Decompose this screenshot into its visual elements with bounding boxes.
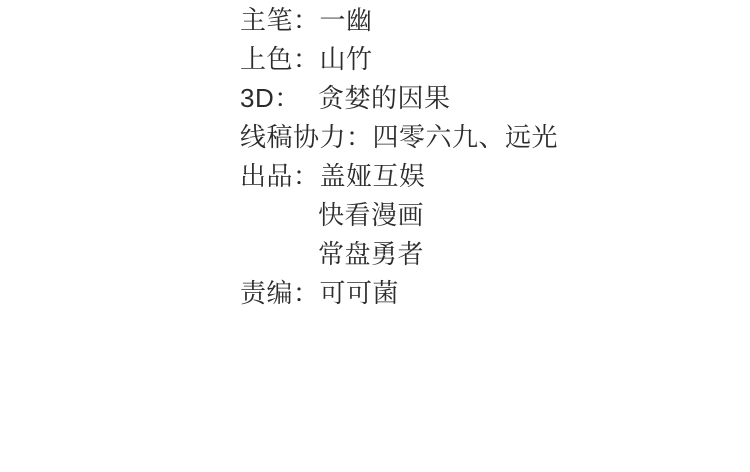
credit-name: 一幽 <box>320 1 373 40</box>
credit-name: 盖娅互娱 <box>320 157 426 196</box>
credit-role-label: 主笔： <box>240 1 320 40</box>
credit-row-producer-1: 出品：盖娅互娱 <box>240 157 558 196</box>
credit-role-label: 上色： <box>240 40 320 79</box>
credit-row-lineart-assist: 线稿协力：四零六九、远光 <box>240 118 558 157</box>
credit-role-label <box>240 235 318 274</box>
credit-row-3d: 3D：贪婪的因果 <box>240 79 558 118</box>
credit-role-label: 责编： <box>240 274 320 313</box>
credit-role-label: 3D： <box>240 79 318 118</box>
credit-row-colorist: 上色：山竹 <box>240 40 558 79</box>
credit-name: 常盘勇者 <box>318 235 424 274</box>
credit-name: 快看漫画 <box>318 196 424 235</box>
credit-role-label <box>240 196 318 235</box>
credit-name: 四零六九、远光 <box>373 118 559 157</box>
credit-name: 可可菌 <box>320 274 400 313</box>
credit-role-label: 线稿协力： <box>240 118 373 157</box>
credit-row-producer-3: 常盘勇者 <box>240 235 558 274</box>
credits-block: 主笔：一幽 上色：山竹 3D：贪婪的因果 线稿协力：四零六九、远光 出品：盖娅互… <box>240 1 558 313</box>
credit-role-label: 出品： <box>240 157 320 196</box>
credit-row-editor: 责编：可可菌 <box>240 274 558 313</box>
credit-row-producer-2: 快看漫画 <box>240 196 558 235</box>
credit-name: 山竹 <box>320 40 373 79</box>
credit-name: 贪婪的因果 <box>318 79 451 118</box>
credit-row-lead-artist: 主笔：一幽 <box>240 1 558 40</box>
